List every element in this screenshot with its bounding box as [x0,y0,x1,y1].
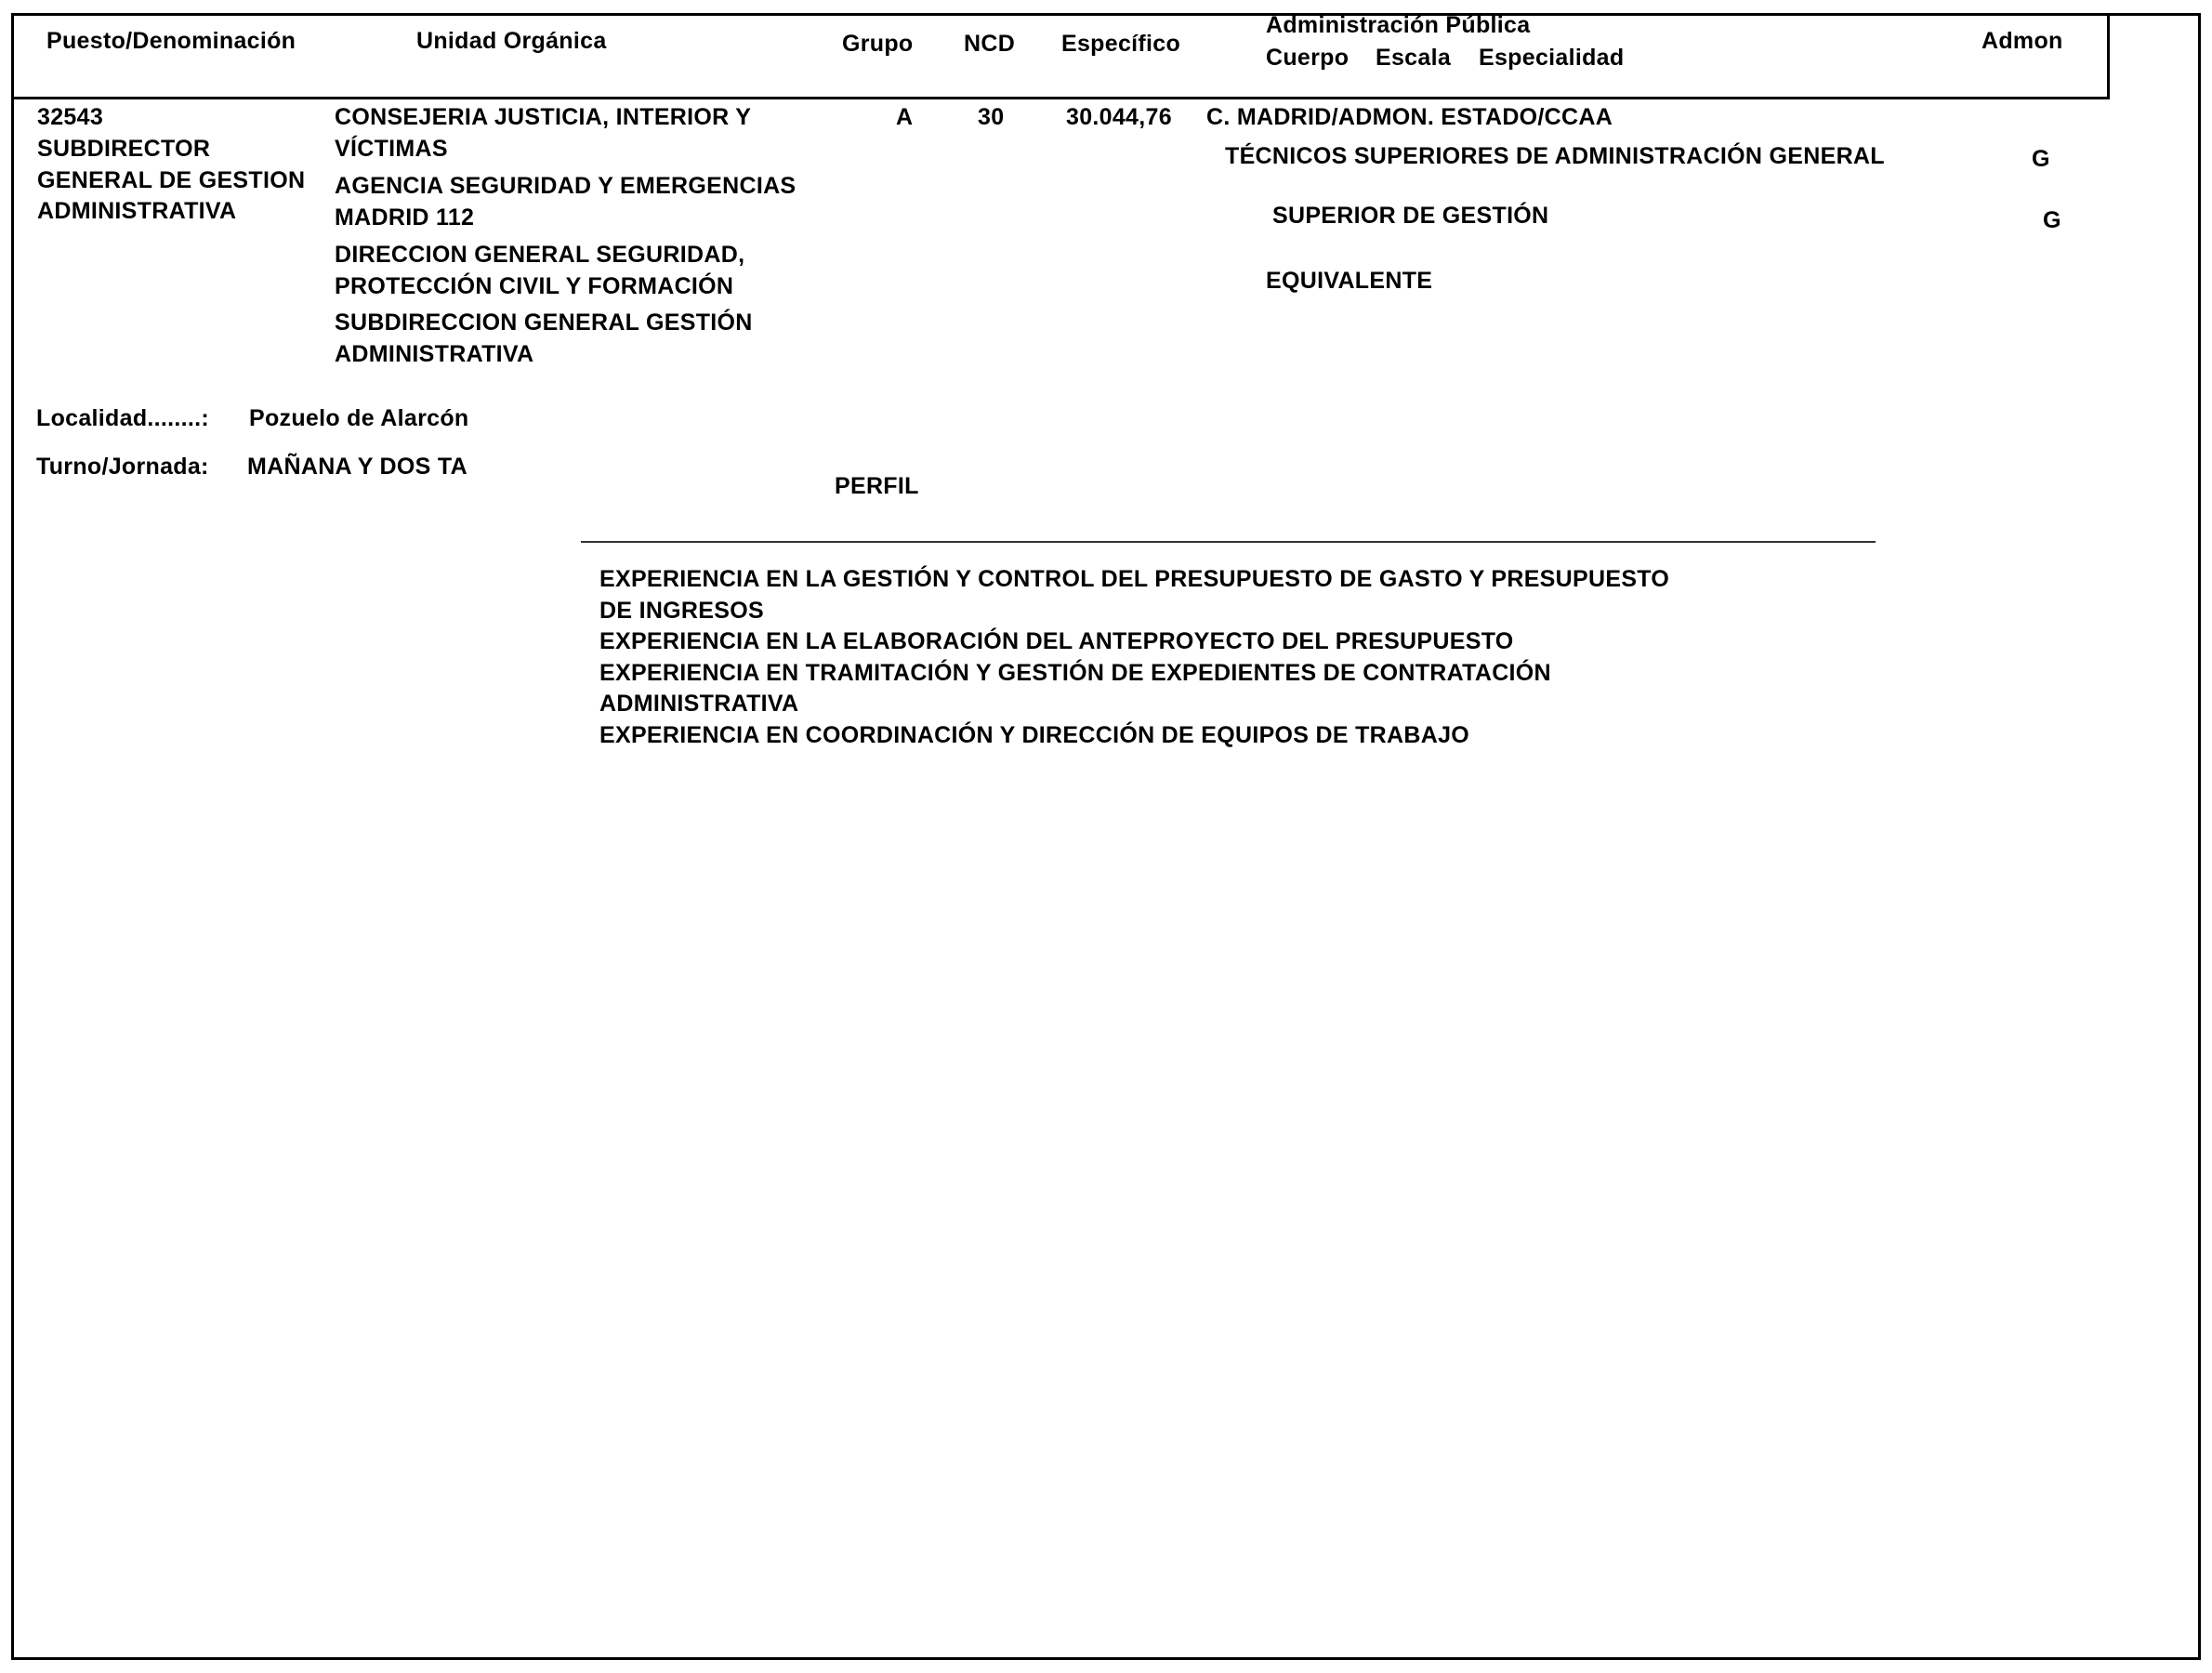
header-unidad-label: Unidad Orgánica [416,26,607,58]
turno-label: Turno/Jornada: [36,452,209,483]
unidad-group-agencia: AGENCIA SEGURIDAD Y EMERGENCIAS MADRID 1… [335,171,796,233]
localidad-label: Localidad........: [36,403,209,435]
header-cuerpo-label: Cuerpo [1266,43,1349,74]
escala-value: SUPERIOR DE GESTIÓN [1272,201,1548,232]
perfil-line: EXPERIENCIA EN TRAMITACIÓN Y GESTIÓN DE … [599,658,1669,690]
unidad-line: CONSEJERIA JUSTICIA, INTERIOR Y [335,102,751,134]
perfil-line: EXPERIENCIA EN COORDINACIÓN Y DIRECCIÓN … [599,720,1669,752]
unidad-line: SUBDIRECCION GENERAL GESTIÓN [335,308,753,339]
cuerpo-admon-value: G [2032,144,2050,176]
localidad-value: Pozuelo de Alarcón [249,403,468,435]
unidad-line: PROTECCIÓN CIVIL Y FORMACIÓN [335,271,744,303]
unidad-group-consejeria: CONSEJERIA JUSTICIA, INTERIOR Y VÍCTIMAS [335,102,751,165]
perfil-lines-block: EXPERIENCIA EN LA GESTIÓN Y CONTROL DEL … [599,564,1669,751]
header-admin-publica-label: Administración Pública [1266,10,1530,42]
admin-publica-value: C. MADRID/ADMON. ESTADO/CCAA [1206,102,1613,134]
puesto-denominacion-line: ADMINISTRATIVA [37,196,305,228]
header-right-divider [2107,13,2110,99]
cuerpo-value: TÉCNICOS SUPERIORES DE ADMINISTRACIÓN GE… [1225,141,1885,173]
perfil-line: ADMINISTRATIVA [599,689,1669,720]
unidad-line: MADRID 112 [335,203,796,234]
header-escala-label: Escala [1376,43,1451,74]
header-puesto-label: Puesto/Denominación [46,26,296,58]
header-bottom-rule [11,97,2110,99]
puesto-denominacion-line: SUBDIRECTOR [37,134,305,165]
especifico-value: 30.044,76 [1066,102,1172,134]
unidad-line: DIRECCION GENERAL SEGURIDAD, [335,240,744,271]
puesto-codigo: 32543 [37,102,103,134]
ncd-value: 30 [978,102,1004,134]
puesto-denominacion-block: SUBDIRECTOR GENERAL DE GESTION ADMINISTR… [37,134,305,228]
perfil-line: EXPERIENCIA EN LA GESTIÓN Y CONTROL DEL … [599,564,1669,596]
perfil-title: PERFIL [835,471,919,503]
unidad-line: VÍCTIMAS [335,134,751,165]
perfil-line: DE INGRESOS [599,596,1669,627]
puesto-denominacion-line: GENERAL DE GESTION [37,165,305,197]
perfil-divider [581,541,1876,543]
unidad-group-subdireccion: SUBDIRECCION GENERAL GESTIÓN ADMINISTRAT… [335,308,753,370]
header-especialidad-label: Especialidad [1479,43,1624,74]
unidad-line: ADMINISTRATIVA [335,339,753,371]
header-grupo-label: Grupo [842,29,914,60]
unidad-line: AGENCIA SEGURIDAD Y EMERGENCIAS [335,171,796,203]
header-ncd-label: NCD [964,29,1015,60]
header-admon-label: Admon [1982,26,2063,58]
grupo-value: A [896,102,913,134]
unidad-group-direccion: DIRECCION GENERAL SEGURIDAD, PROTECCIÓN … [335,240,744,302]
turno-value: MAÑANA Y DOS TA [247,452,467,483]
perfil-line: EXPERIENCIA EN LA ELABORACIÓN DEL ANTEPR… [599,626,1669,658]
header-especifico-label: Específico [1061,29,1180,60]
escala-admon-value: G [2043,205,2061,237]
especialidad-value: EQUIVALENTE [1266,266,1432,297]
